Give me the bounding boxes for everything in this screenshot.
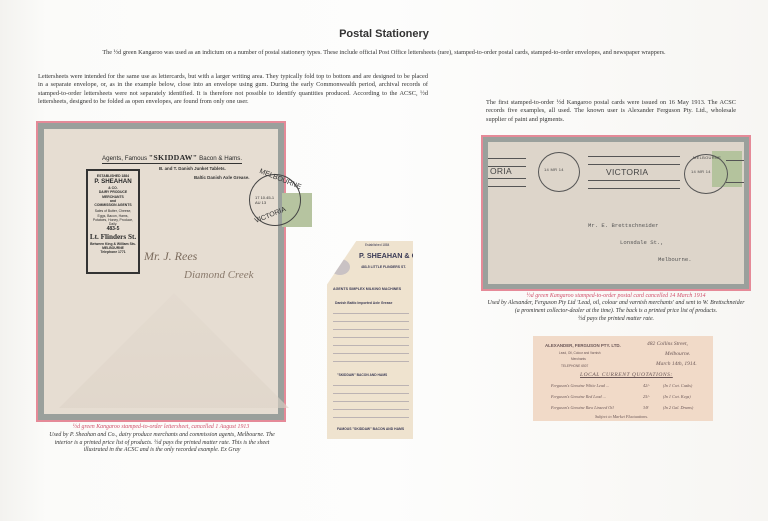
quotations-heading: LOCAL CURRENT QUOTATIONS: bbox=[580, 372, 673, 378]
postal-card-caption-line-1: Used by Alexander, Ferguson Pty Ltd 'Lea… bbox=[468, 300, 764, 308]
lettersheet-description: Lettersheets were intended for the same … bbox=[38, 73, 428, 107]
cancel-ring-2 bbox=[684, 154, 728, 194]
lettersheet-header: Agents, Famous "SKIDDAW" Bacon & Hams. bbox=[102, 153, 242, 164]
lettersheet-caption-body: Used by P. Sheahan and Co., dairy produc… bbox=[46, 432, 278, 455]
card-address-line-2: Lonsdale St., bbox=[620, 239, 664, 246]
lettersheet-mount: Agents, Famous "SKIDDAW" Bacon & Hams. B… bbox=[36, 121, 286, 422]
card-address-line-1: Mr. E. Brettschneider bbox=[588, 222, 659, 229]
lettersheet-flap bbox=[59, 293, 289, 408]
postmark-date: 17 10.45-1 AU 13 bbox=[255, 195, 278, 205]
postal-card-caption-line-2: (a prominent collector-dealer at the tim… bbox=[481, 308, 751, 316]
lettersheet-item[interactable]: Agents, Famous "SKIDDAW" Bacon & Hams. B… bbox=[44, 129, 278, 414]
postal-card-caption-title: ½d green Kangaroo stamped-to-order posta… bbox=[481, 293, 751, 299]
slogan-cancel-victoria: VICTORIA bbox=[606, 167, 648, 177]
advertising-panel: ESTABLISHED 1884 P. SHEAHAN & CO. DAIRY … bbox=[86, 169, 140, 274]
folded-price-list[interactable]: Established 1884 P. SHEAHAN & CO. 483-5 … bbox=[327, 241, 413, 439]
postal-card-mount: ORIA 14 MR 14 VICTORIA MELBOURNE 14 MR 1… bbox=[481, 135, 751, 291]
postal-card-item[interactable]: ORIA 14 MR 14 VICTORIA MELBOURNE 14 MR 1… bbox=[488, 142, 744, 284]
postal-card-caption-line-3: ½d pays the printed matter rate. bbox=[481, 316, 751, 324]
postal-card-description: The first stamped-to-order ½d Kangaroo p… bbox=[486, 99, 736, 124]
lettersheet-subline-2: Baltic Danish Axle Grease. bbox=[194, 175, 249, 180]
lettersheet-caption-title: ½d green Kangaroo stamped-to-order lette… bbox=[36, 424, 286, 430]
address-line-1: Mr. J. Rees bbox=[144, 249, 197, 264]
page-intro: The ½d green Kangaroo was used as an ind… bbox=[0, 49, 768, 56]
lettersheet-subline-1: B. and T. Danish Junket Tablets. bbox=[159, 166, 226, 171]
price-list-card[interactable]: ALEXANDER, FERGUSON PTY. LTD. Lead, Oil,… bbox=[533, 336, 713, 421]
page-title: Postal Stationery bbox=[0, 28, 768, 40]
address-line-2: Diamond Creek bbox=[184, 269, 254, 281]
card-address-line-3: Melbourne. bbox=[658, 256, 692, 263]
slogan-cancel-left: ORIA bbox=[490, 166, 512, 176]
cancel-ring-1 bbox=[538, 152, 580, 192]
